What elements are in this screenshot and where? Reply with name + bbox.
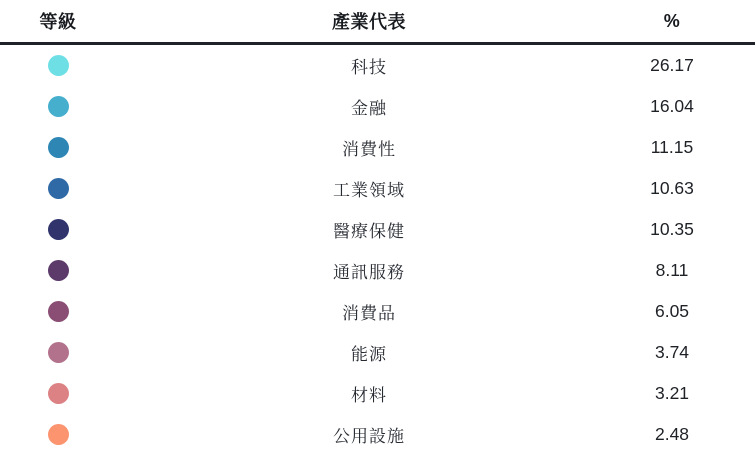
percent-value: 3.21 — [622, 383, 755, 404]
legend-dot — [48, 55, 69, 76]
legend-dot — [48, 137, 69, 158]
legend-dot — [48, 219, 69, 240]
table-row: 材料 3.21 — [0, 373, 755, 414]
legend-dot — [48, 383, 69, 404]
table-row: 能源 3.74 — [0, 332, 755, 373]
column-header-percent: % — [622, 11, 755, 32]
table-row: 通訊服務 8.11 — [0, 250, 755, 291]
legend-dot — [48, 301, 69, 322]
percent-value: 10.35 — [622, 219, 755, 240]
legend-dot — [48, 342, 69, 363]
table-row: 科技 26.17 — [0, 45, 755, 86]
industry-name: 消費品 — [116, 299, 622, 324]
industry-name: 科技 — [116, 53, 622, 78]
table-row: 工業領域 10.63 — [0, 168, 755, 209]
industry-name: 工業領域 — [116, 176, 622, 201]
industry-name: 金融 — [116, 94, 622, 119]
table-row: 金融 16.04 — [0, 86, 755, 127]
industry-name: 公用設施 — [116, 422, 622, 447]
percent-value: 2.48 — [622, 424, 755, 445]
column-header-industry: 產業代表 — [116, 8, 622, 34]
table-row: 醫療保健 10.35 — [0, 209, 755, 250]
percent-value: 3.74 — [622, 342, 755, 363]
table-body: 科技 26.17 金融 16.04 消費性 11.15 工業領域 10.63 醫… — [0, 45, 755, 455]
industry-name: 通訊服務 — [116, 258, 622, 283]
percent-value: 26.17 — [622, 55, 755, 76]
percent-value: 10.63 — [622, 178, 755, 199]
industry-name: 能源 — [116, 340, 622, 365]
percent-value: 16.04 — [622, 96, 755, 117]
table-row: 消費性 11.15 — [0, 127, 755, 168]
industry-name: 消費性 — [116, 135, 622, 160]
table-row: 消費品 6.05 — [0, 291, 755, 332]
percent-value: 11.15 — [622, 137, 755, 158]
legend-dot — [48, 260, 69, 281]
legend-dot — [48, 178, 69, 199]
table-row: 公用設施 2.48 — [0, 414, 755, 455]
legend-dot — [48, 96, 69, 117]
percent-value: 6.05 — [622, 301, 755, 322]
legend-dot — [48, 424, 69, 445]
industry-weights-table: 等級 產業代表 % 科技 26.17 金融 16.04 消費性 11.15 工業… — [0, 0, 755, 455]
industry-name: 醫療保健 — [116, 217, 622, 242]
column-header-grade: 等級 — [0, 8, 116, 34]
table-header: 等級 產業代表 % — [0, 0, 755, 45]
industry-name: 材料 — [116, 381, 622, 406]
percent-value: 8.11 — [622, 260, 755, 281]
